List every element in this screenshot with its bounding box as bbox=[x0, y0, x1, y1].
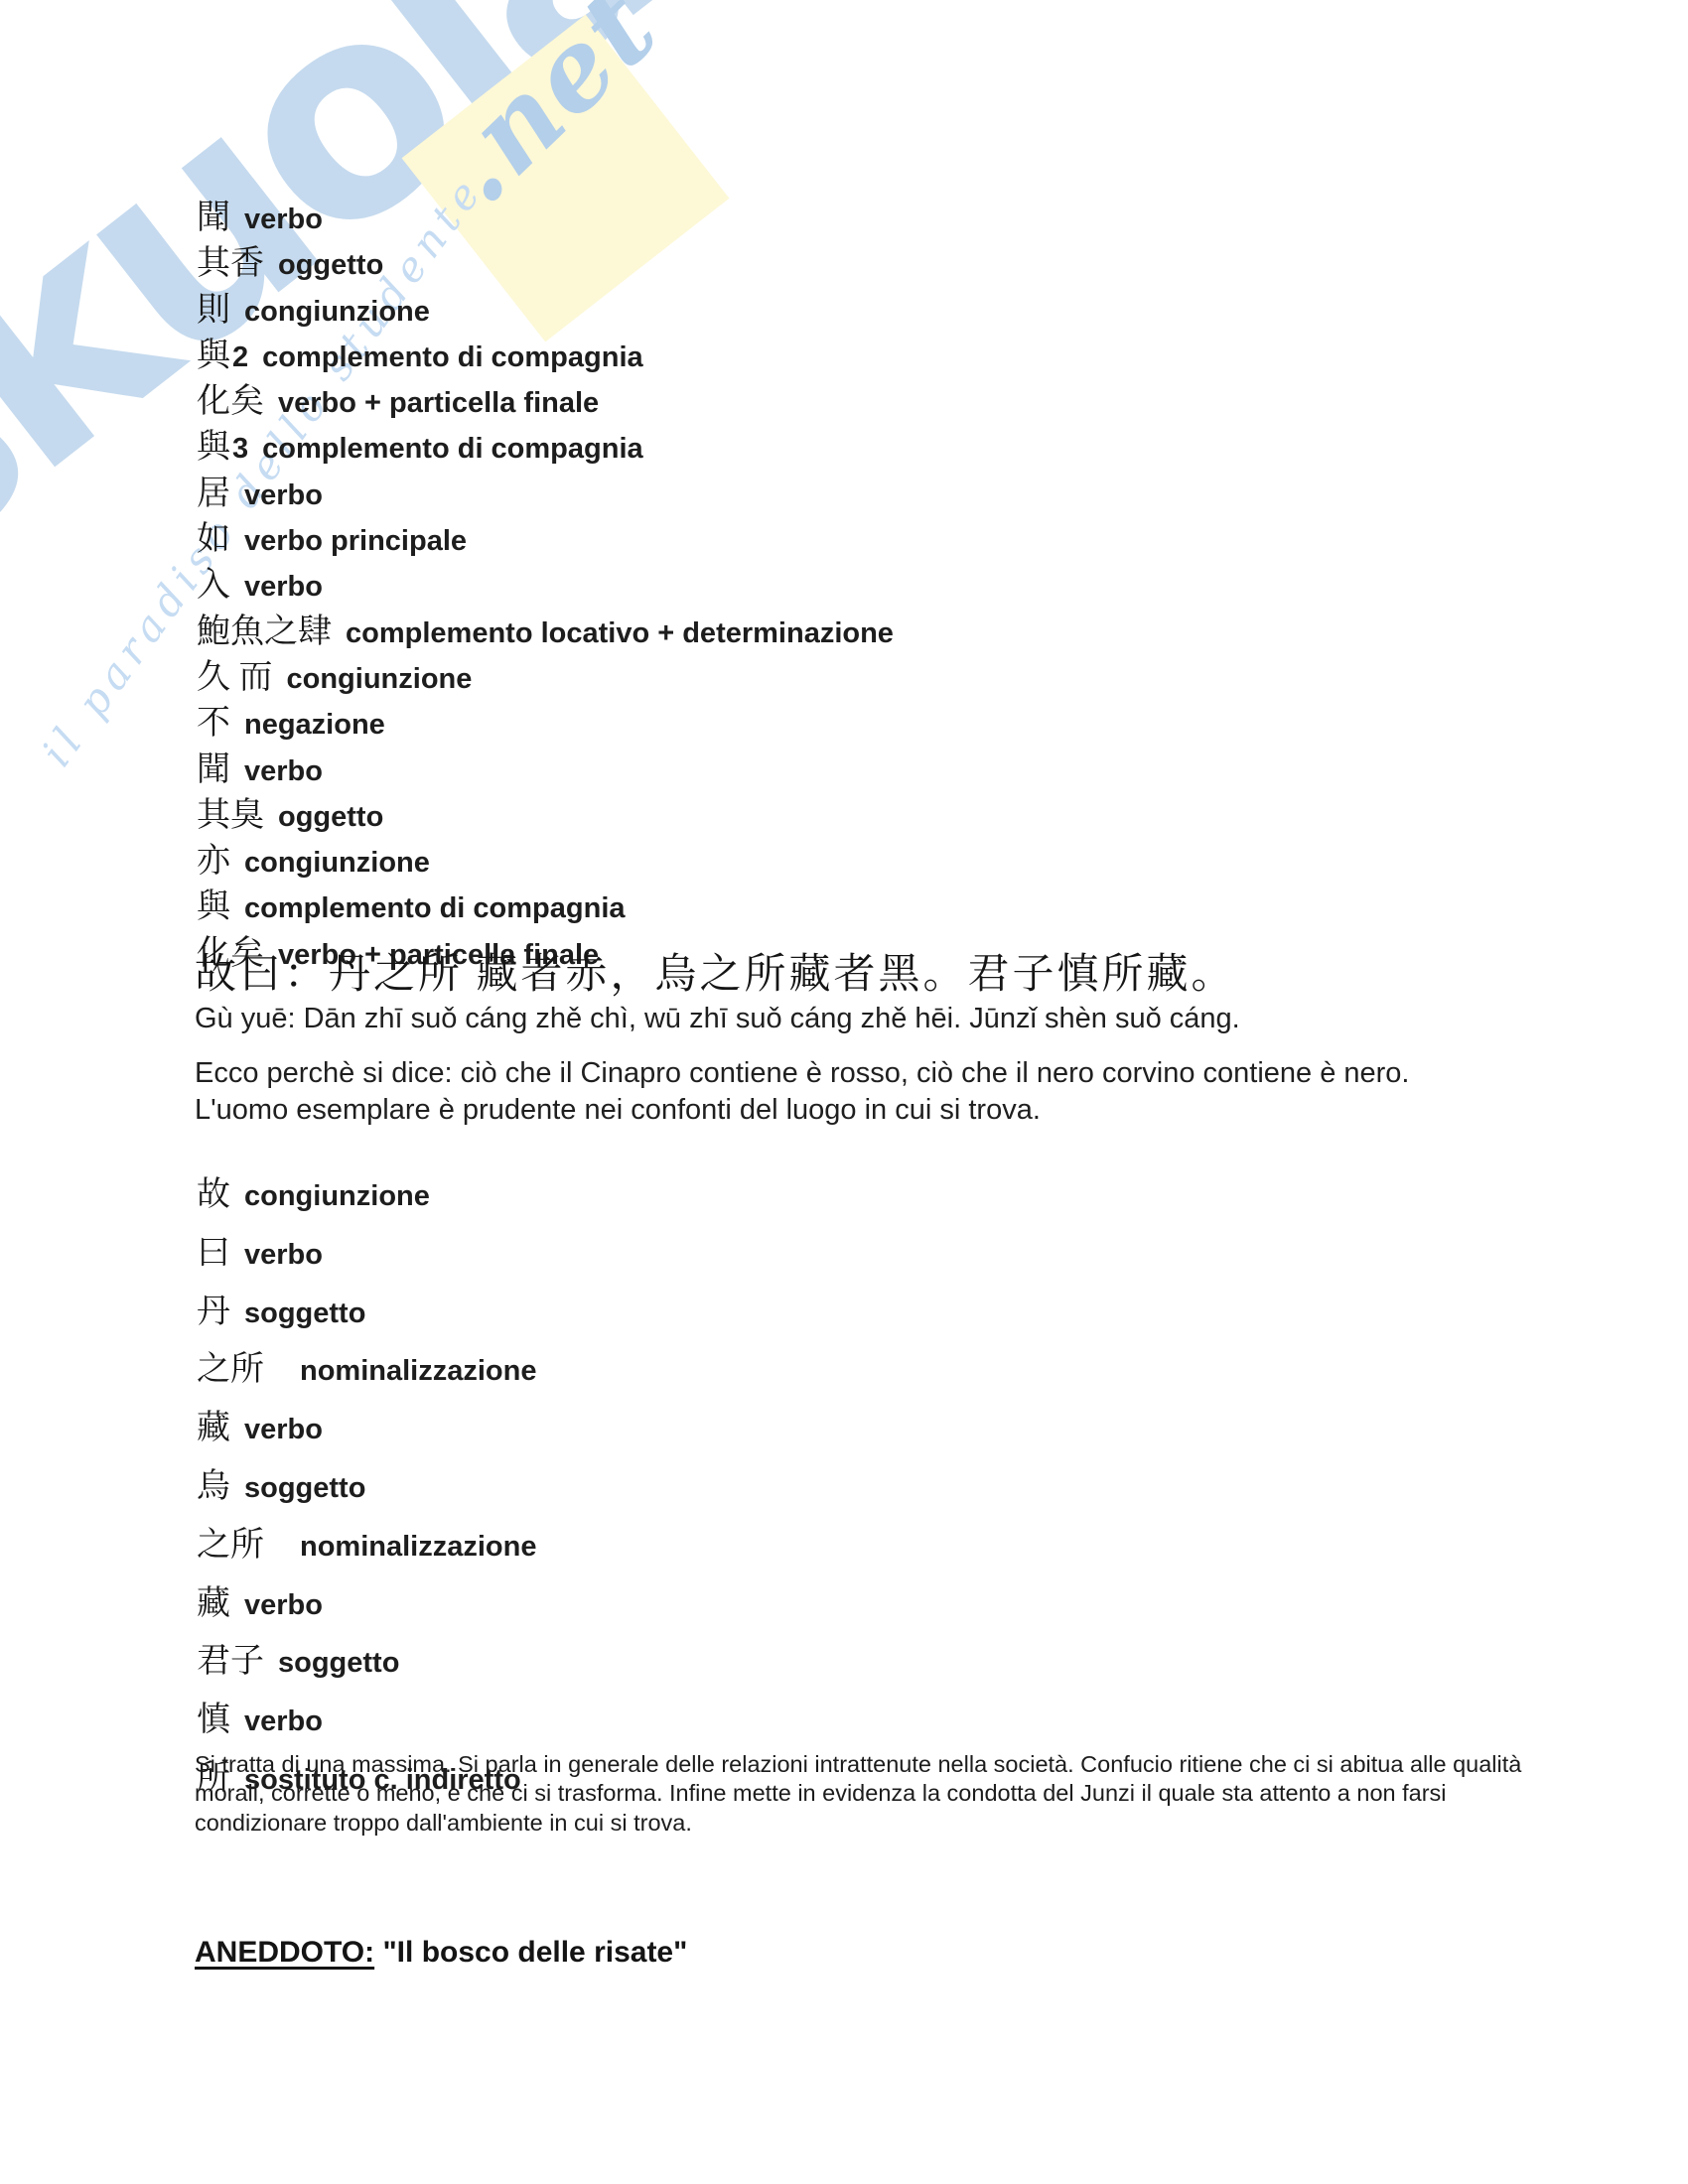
paragraph-line: condizionare troppo dall'ambiente in cui… bbox=[195, 1809, 1521, 1838]
paragraph-line: Ecco perchè si dice: ciò che il Cinapro … bbox=[195, 1055, 1410, 1092]
hanzi-text: 亦 bbox=[197, 843, 230, 880]
grammar-row: 聞verbo bbox=[197, 751, 894, 796]
commentary-paragraph: Si tratta di una massima. Si parla in ge… bbox=[195, 1750, 1521, 1838]
paragraph-line: morali, corrette o meno, e che ci si tra… bbox=[195, 1779, 1521, 1808]
hanzi-text: 其香 bbox=[197, 245, 264, 282]
hanzi-text: 聞 bbox=[197, 200, 230, 236]
grammar-list-2: 故congiunzione曰verbo丹soggetto之所nominalizz… bbox=[197, 1169, 536, 1812]
grammar-label: verbo + particella finale bbox=[278, 387, 599, 419]
grammar-label: nominalizzazione bbox=[300, 1355, 536, 1387]
grammar-label: complemento di compagnia bbox=[262, 341, 643, 373]
grammar-label: oggetto bbox=[278, 249, 383, 281]
pinyin-line: Gù yuē: Dān zhī suǒ cáng zhě chì, wū zhī… bbox=[195, 1003, 1240, 1035]
hanzi-text: 居 bbox=[197, 476, 230, 512]
grammar-label: soggetto bbox=[278, 1647, 399, 1679]
grammar-row: 化矣verbo + particella finale bbox=[197, 382, 894, 428]
hanzi-text: 鮑魚之肆 bbox=[197, 614, 332, 650]
grammar-label: congiunzione bbox=[287, 663, 473, 695]
hanzi-text: 之所 bbox=[197, 1527, 264, 1564]
hanzi-text: 曰 bbox=[197, 1235, 230, 1272]
grammar-row: 之所nominalizzazione bbox=[197, 1344, 536, 1403]
hanzi-text: 藏 bbox=[197, 1410, 230, 1446]
grammar-label: verbo bbox=[244, 204, 323, 235]
grammar-label: verbo principale bbox=[244, 525, 467, 557]
grammar-row: 君子soggetto bbox=[197, 1636, 536, 1695]
grammar-label: soggetto bbox=[244, 1472, 365, 1504]
grammar-label: verbo bbox=[244, 479, 323, 511]
grammar-row: 其臭oggetto bbox=[197, 796, 894, 842]
anecdote-label: ANEDDOTO: bbox=[195, 1936, 374, 1969]
grammar-row: 鮑魚之肆complemento locativo + determinazion… bbox=[197, 613, 894, 658]
paragraph-line: Si tratta di una massima. Si parla in ge… bbox=[195, 1750, 1521, 1779]
grammar-row: 丹soggetto bbox=[197, 1287, 536, 1345]
hanzi-text: 故 bbox=[197, 1176, 230, 1213]
hanzi-text: 之所 bbox=[197, 1351, 264, 1388]
grammar-row: 之所nominalizzazione bbox=[197, 1520, 536, 1578]
grammar-label: congiunzione bbox=[244, 847, 430, 879]
grammar-row: 曰verbo bbox=[197, 1228, 536, 1287]
hanzi-text: 與 bbox=[197, 338, 230, 374]
hanzi-text: 久 而 bbox=[197, 659, 273, 696]
grammar-row: 久 而congiunzione bbox=[197, 658, 894, 704]
hanzi-text: 不 bbox=[197, 705, 230, 742]
grammar-row: 與complemento di compagnia bbox=[197, 887, 894, 933]
grammar-label: soggetto bbox=[244, 1297, 365, 1329]
paragraph-line: L'uomo esemplare è prudente nei confonti… bbox=[195, 1092, 1410, 1129]
grammar-label: nominalizzazione bbox=[300, 1531, 536, 1563]
hanzi-text: 化矣 bbox=[197, 383, 264, 420]
grammar-label: congiunzione bbox=[244, 1180, 430, 1212]
hanzi-text: 君子 bbox=[197, 1643, 264, 1680]
grammar-label: verbo bbox=[244, 1414, 323, 1445]
grammar-label: verbo bbox=[244, 1706, 323, 1737]
grammar-label: verbo bbox=[244, 1589, 323, 1621]
hanzi-text: 慎 bbox=[197, 1702, 230, 1738]
hanzi-text: 入 bbox=[197, 567, 230, 604]
translation-paragraph: Ecco perchè si dice: ciò che il Cinapro … bbox=[195, 1055, 1410, 1129]
grammar-label: complemento di compagnia bbox=[262, 433, 643, 465]
grammar-list-1: 聞verbo其香oggetto則congiunzione與2complement… bbox=[197, 199, 894, 980]
grammar-row: 與3complemento di compagnia bbox=[197, 428, 894, 474]
grammar-row: 居verbo bbox=[197, 475, 894, 520]
grammar-label: oggetto bbox=[278, 801, 383, 833]
grammar-label: congiunzione bbox=[244, 296, 430, 328]
grammar-label: complemento di compagnia bbox=[244, 892, 626, 924]
hanzi-text: 烏 bbox=[197, 1468, 230, 1505]
grammar-row: 則congiunzione bbox=[197, 291, 894, 337]
grammar-label: verbo bbox=[244, 1239, 323, 1271]
hanzi-index-number: 2 bbox=[232, 341, 248, 373]
grammar-row: 藏verbo bbox=[197, 1403, 536, 1461]
anecdote-title: "Il bosco delle risate" bbox=[374, 1936, 687, 1969]
hanzi-text: 聞 bbox=[197, 751, 230, 788]
grammar-label: verbo bbox=[244, 571, 323, 603]
grammar-row: 與2complemento di compagnia bbox=[197, 337, 894, 382]
hanzi-text: 如 bbox=[197, 521, 230, 558]
grammar-row: 如verbo principale bbox=[197, 520, 894, 566]
grammar-label: complemento locativo + determinazione bbox=[346, 617, 894, 649]
grammar-row: 聞verbo bbox=[197, 199, 894, 244]
hanzi-text: 與 bbox=[197, 888, 230, 925]
chinese-passage: 故曰：丹之所 藏者赤，烏之所藏者黑。君子慎所藏。 bbox=[195, 941, 1236, 1001]
hanzi-text: 藏 bbox=[197, 1585, 230, 1622]
grammar-row: 故congiunzione bbox=[197, 1169, 536, 1228]
grammar-row: 其香oggetto bbox=[197, 244, 894, 290]
hanzi-text: 與 bbox=[197, 429, 230, 466]
grammar-label: verbo bbox=[244, 755, 323, 787]
grammar-row: 不negazione bbox=[197, 704, 894, 750]
grammar-label: negazione bbox=[244, 709, 385, 741]
grammar-row: 藏verbo bbox=[197, 1578, 536, 1637]
hanzi-index-number: 3 bbox=[232, 433, 248, 465]
grammar-row: 入verbo bbox=[197, 566, 894, 612]
grammar-row: 慎verbo bbox=[197, 1695, 536, 1753]
hanzi-text: 則 bbox=[197, 292, 230, 329]
document-page: skuola .net il paradiso dello studente 聞… bbox=[0, 0, 1688, 2184]
grammar-row: 亦congiunzione bbox=[197, 842, 894, 887]
hanzi-text: 丹 bbox=[197, 1294, 230, 1330]
hanzi-text: 其臭 bbox=[197, 797, 264, 834]
grammar-row: 烏soggetto bbox=[197, 1461, 536, 1520]
anecdote-heading: ANEDDOTO: "Il bosco delle risate" bbox=[195, 1936, 687, 1970]
